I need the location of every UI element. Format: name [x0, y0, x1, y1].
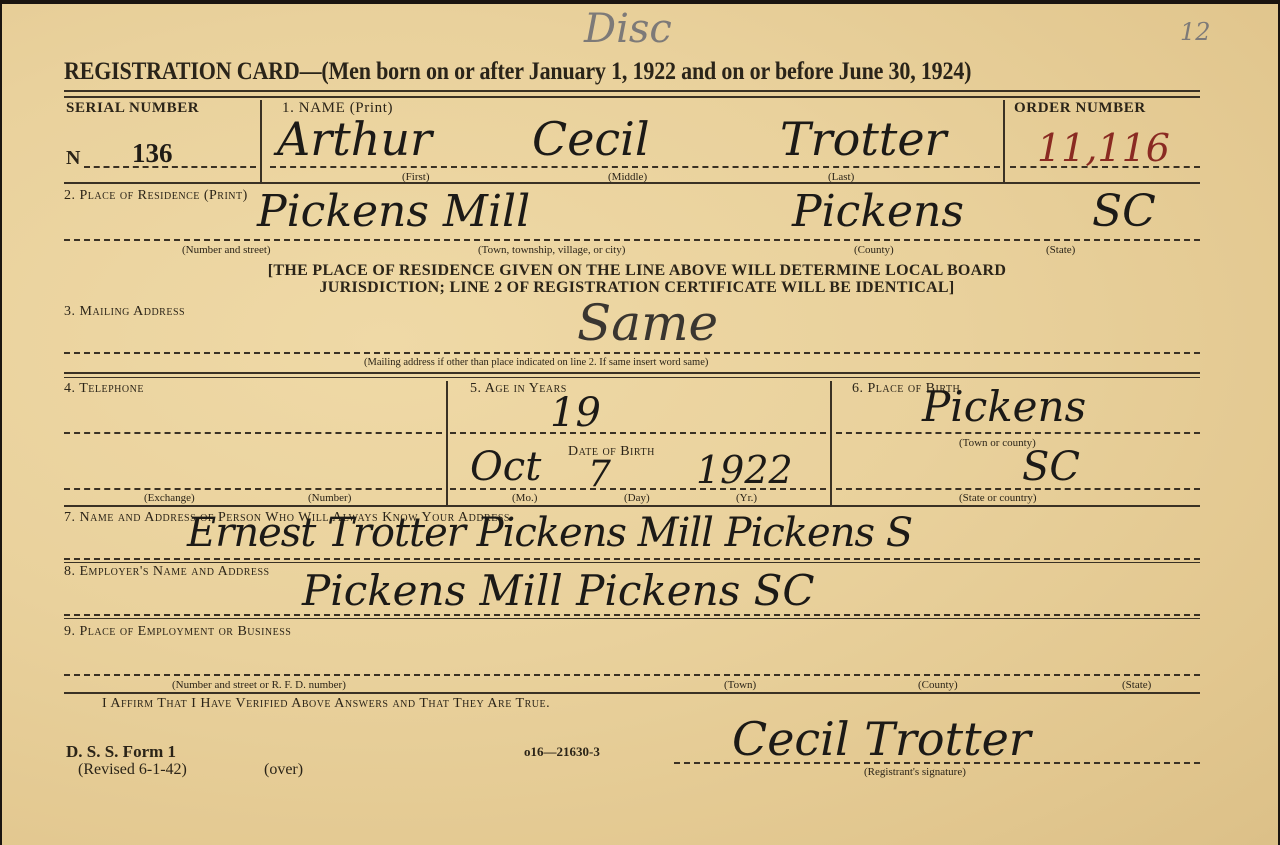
over-note: (over) [264, 761, 303, 779]
residence-county-value: Pickens [792, 186, 964, 237]
serial-prefix: N [66, 147, 81, 170]
caption-county: (County) [854, 244, 894, 256]
signature-line [674, 762, 1200, 764]
dob-label: Date of Birth [568, 444, 655, 460]
residence-label: 2. Place of Residence (Print) [64, 188, 248, 204]
employment-line [64, 674, 1200, 676]
divider [260, 100, 262, 182]
telephone-label: 4. Telephone [64, 381, 144, 397]
row-rule [64, 377, 1200, 378]
birthplace-town-value: Pickens [922, 382, 1086, 431]
row-rule [64, 562, 1200, 563]
age-line [450, 432, 826, 434]
divider [446, 381, 448, 505]
caption-employment-state: (State) [1122, 679, 1151, 691]
caption-year: (Yr.) [736, 492, 757, 504]
employer-value: Pickens Mill Pickens SC [302, 566, 815, 615]
caption-rfd: (Number and street or R. F. D. number) [172, 679, 346, 691]
caption-month: (Mo.) [512, 492, 537, 504]
row-rule [64, 182, 1200, 184]
row-rule [64, 372, 1200, 374]
dob-line [450, 488, 826, 490]
residence-state-value: SC [1092, 186, 1156, 237]
card-title: REGISTRATION CARD—(Men born on or after … [64, 58, 971, 86]
row-rule [64, 692, 1200, 694]
divider [830, 381, 832, 505]
residence-line [64, 239, 1200, 241]
serial-line [84, 166, 256, 168]
employer-line [64, 614, 1200, 616]
registrant-signature: Cecil Trotter [732, 712, 1031, 766]
order-line [1010, 166, 1200, 168]
name-first-value: Arthur [277, 112, 432, 166]
employer-label: 8. Employer's Name and Address [64, 564, 270, 580]
registration-card: Disc 12 REGISTRATION CARD—(Men born on o… [2, 4, 1278, 845]
mailing-line [64, 352, 1200, 354]
caption-number: (Number) [308, 492, 351, 504]
title-rule-top [64, 90, 1200, 92]
dob-month-value: Oct [470, 444, 541, 490]
caption-street: (Number and street) [182, 244, 271, 256]
serial-number-label: SERIAL NUMBER [66, 100, 199, 117]
row-rule [64, 505, 1200, 507]
age-value: 19 [550, 390, 601, 436]
form-revised: (Revised 6-1-42) [78, 761, 187, 779]
signature-caption: (Registrant's signature) [864, 766, 966, 778]
form-number: D. S. S. Form 1 [66, 742, 176, 762]
mailing-caption: (Mailing address if other than place ind… [364, 357, 708, 368]
telephone-line-1 [64, 432, 442, 434]
caption-state: (State) [1046, 244, 1075, 256]
name-last-value: Trotter [780, 112, 947, 166]
telephone-line-2 [64, 488, 442, 490]
serial-number-value: 136 [132, 138, 173, 169]
name-middle-value: Cecil [532, 112, 650, 166]
row-rule [64, 618, 1200, 619]
caption-employment-town: (Town) [724, 679, 756, 691]
birthplace-town-line [836, 432, 1200, 434]
print-code: o16—21630-3 [524, 744, 600, 760]
employment-place-label: 9. Place of Employment or Business [64, 624, 291, 640]
birthplace-state-line [836, 488, 1200, 490]
dob-year-value: 1922 [696, 448, 793, 492]
caption-town: (Town, township, village, or city) [478, 244, 625, 256]
pencil-annotation-disc: Disc [584, 6, 672, 52]
title-rule-bottom [64, 96, 1200, 98]
birthplace-state-value: SC [1022, 444, 1080, 490]
order-number-label: ORDER NUMBER [1014, 100, 1146, 117]
mailing-address-label: 3. Mailing Address [64, 304, 185, 320]
divider [1003, 100, 1005, 182]
caption-employment-county: (County) [918, 679, 958, 691]
corner-annotation: 12 [1180, 18, 1211, 46]
order-number-value: 11,116 [1037, 126, 1170, 170]
caption-exchange: (Exchange) [144, 492, 195, 504]
residence-town-value: Pickens Mill [257, 186, 530, 237]
caption-state-or-country: (State or country) [959, 492, 1037, 504]
jurisdiction-notice-line1: [THE PLACE OF RESIDENCE GIVEN ON THE LIN… [62, 262, 1212, 279]
contact-person-value: Ernest Trotter Pickens Mill Pickens S [187, 510, 912, 556]
caption-day: (Day) [624, 492, 650, 504]
contact-line [64, 558, 1200, 560]
affirmation-text: I Affirm That I Have Verified Above Answ… [102, 696, 550, 712]
name-line [270, 166, 1000, 168]
mailing-address-value: Same [577, 294, 718, 352]
